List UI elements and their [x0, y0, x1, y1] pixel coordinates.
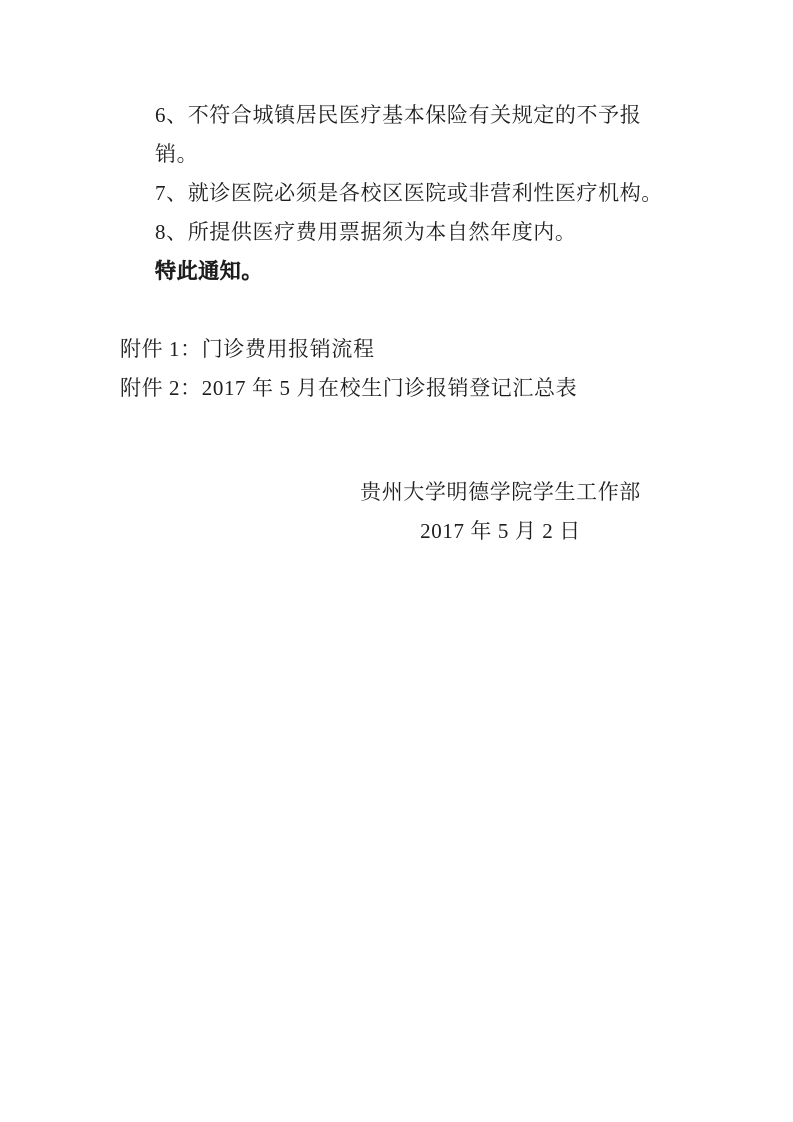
signature-organization: 贵州大学明德学院学生工作部	[318, 473, 683, 512]
signature-date: 2017 年 5 月 2 日	[318, 512, 683, 551]
document-page: 6、不符合城镇居民医疗基本保险有关规定的不予报销。 7、就诊医院必须是各校区医院…	[0, 0, 793, 1122]
list-item-6: 6、不符合城镇居民医疗基本保险有关规定的不予报销。	[120, 96, 683, 174]
list-item-8: 8、所提供医疗费用票据须为本自然年度内。	[120, 213, 683, 252]
closing-statement: 特此通知。	[120, 252, 683, 291]
attachments-section: 附件 1：门诊费用报销流程 附件 2：2017 年 5 月在校生门诊报销登记汇总…	[120, 330, 683, 408]
document-content: 6、不符合城镇居民医疗基本保险有关规定的不予报销。 7、就诊医院必须是各校区医院…	[0, 0, 793, 551]
notice-body: 6、不符合城镇居民医疗基本保险有关规定的不予报销。 7、就诊医院必须是各校区医院…	[120, 96, 683, 291]
list-item-7: 7、就诊医院必须是各校区医院或非营利性医疗机构。	[120, 174, 683, 213]
attachment-2: 附件 2：2017 年 5 月在校生门诊报销登记汇总表	[120, 369, 683, 408]
signature-block: 贵州大学明德学院学生工作部 2017 年 5 月 2 日	[120, 473, 683, 551]
attachment-1: 附件 1：门诊费用报销流程	[120, 330, 683, 369]
